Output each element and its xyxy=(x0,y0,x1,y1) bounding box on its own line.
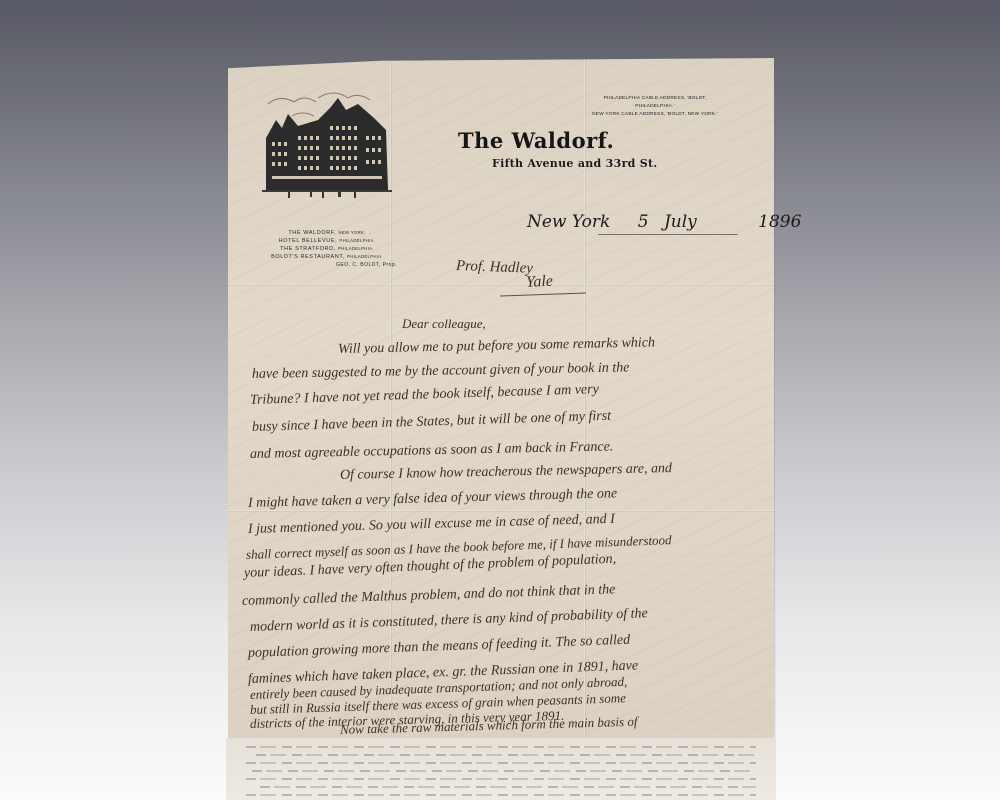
cable-address-new-york: NEW YORK CABLE ADDRESS, 'BOLDT, NEW YORK… xyxy=(585,111,725,119)
date-year: 1896 xyxy=(758,212,801,232)
date-place: New York xyxy=(527,212,610,232)
property-line: BOLDT'S RESTAURANT, PHILADELPHIA. xyxy=(262,253,392,261)
hotel-building-engraving-icon xyxy=(258,90,396,208)
hotel-properties-list: THE WALDORF, NEW YORK. HOTEL BELLEVUE, P… xyxy=(262,229,392,261)
hotel-address: Fifth Avenue and 33rd St. xyxy=(492,157,658,170)
date-underline xyxy=(598,234,738,235)
date-month: July xyxy=(664,212,697,232)
property-line: THE WALDORF, NEW YORK. xyxy=(262,229,392,237)
fold-crease xyxy=(228,284,774,286)
cable-addresses: PHILADELPHIA CABLE ADDRESS, 'BOLDT, PHIL… xyxy=(585,95,725,119)
salutation: Dear colleague, xyxy=(402,316,486,332)
recipient-name: Prof. Hadley xyxy=(456,258,533,278)
hotel-name: The Waldorf. xyxy=(458,128,614,153)
cable-address-philadelphia: PHILADELPHIA CABLE ADDRESS, 'BOLDT, PHIL… xyxy=(585,95,725,111)
date-day: 5 xyxy=(638,212,649,232)
property-line: HOTEL BELLEVUE, PHILADELPHIA. xyxy=(262,237,392,245)
recipient-institution: Yale xyxy=(526,273,554,292)
dateline: New York 5 July 1896 xyxy=(527,212,801,232)
proprietor: GEO. C. BOLDT, Prop. xyxy=(336,262,397,268)
letter-reflection xyxy=(226,738,776,800)
property-line: THE STRATFORD, PHILADELPHIA. xyxy=(262,245,392,253)
